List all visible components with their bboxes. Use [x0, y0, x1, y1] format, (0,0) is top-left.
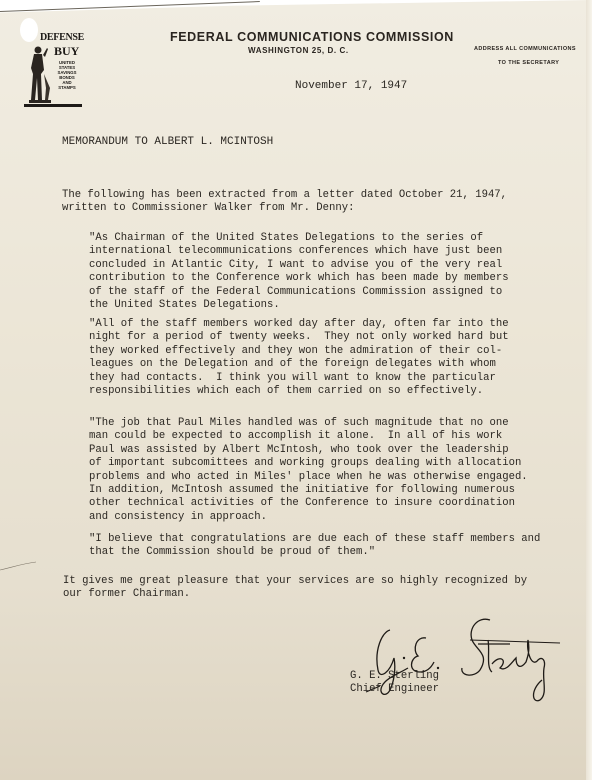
- signer-title: Chief Engineer: [350, 683, 439, 696]
- quote-paragraph-4: "I believe that congratulations are due …: [89, 533, 540, 560]
- address-note-line2: TO THE SECRETARY: [498, 60, 559, 66]
- punch-hole: [20, 18, 38, 42]
- defense-bonds-logo: DEFENSE BUY UNITED STATES SAVINGS BONDS …: [22, 30, 84, 110]
- intro-paragraph: The following has been extracted from a …: [62, 189, 507, 216]
- agency-name: FEDERAL COMMUNICATIONS COMMISSION: [170, 30, 454, 44]
- minuteman-statue-icon: [26, 44, 52, 104]
- quote-paragraph-3: "The job that Paul Miles handled was of …: [89, 417, 528, 524]
- address-note-line1: ADDRESS ALL COMMUNICATIONS: [474, 46, 576, 52]
- logo-base: [24, 104, 82, 107]
- memo-heading: MEMORANDUM TO ALBERT L. MCINTOSH: [62, 136, 273, 148]
- letter-date: November 17, 1947: [295, 80, 407, 92]
- quote-paragraph-2: "All of the staff members worked day aft…: [89, 318, 509, 398]
- page-right-edge: [586, 0, 592, 780]
- logo-bonds-text: UNITED STATES SAVINGS BONDS AND STAMPS: [53, 60, 81, 90]
- closing-paragraph: It gives me great pleasure that your ser…: [63, 575, 527, 602]
- logo-buy-text: BUY: [54, 44, 79, 59]
- agency-location: WASHINGTON 25, D. C.: [248, 46, 349, 55]
- logo-defense-text: DEFENSE: [40, 32, 84, 43]
- margin-pencil-mark: [0, 560, 40, 572]
- signer-name: G. E. Sterling: [350, 670, 439, 683]
- quote-paragraph-1: "As Chairman of the United States Delega…: [89, 232, 509, 312]
